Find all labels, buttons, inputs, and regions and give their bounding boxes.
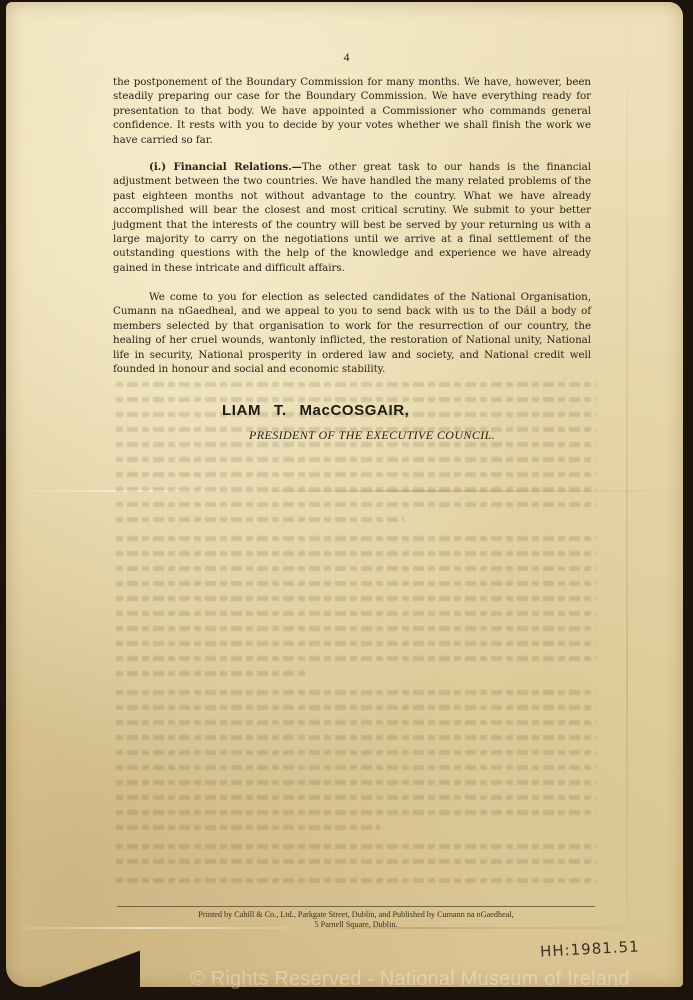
paragraph-financial-relations: (i.) Financial Relations.—The other grea… [113,160,591,275]
page-number: 4 [0,50,693,65]
paragraph-election-appeal: We come to you for election as selected … [113,290,591,376]
imprint-divider [117,906,595,907]
imprint-line-2: 5 Parnell Square, Dublin. [117,920,595,930]
paragraph-text: We come to you for election as selected … [113,290,591,376]
imprint-line-1: Printed by Cahill & Co., Ltd., Parkgate … [117,910,595,920]
paragraph-text: The other great task to our hands is the… [113,161,591,274]
fold-crease-vertical [626,2,628,987]
reverse-side-show-through [116,382,596,893]
paper-sheet [6,2,683,987]
paragraph-heading: (i.) Financial Relations.— [149,161,302,173]
paragraph-body: (i.) Financial Relations.—The other grea… [113,160,591,275]
torn-paper-corner [0,940,140,1000]
paragraph-boundary-commission: the postponement of the Boundary Commiss… [113,75,591,147]
copyright-watermark: © Rights Reserved - National Museum of I… [190,968,630,991]
printer-imprint: Printed by Cahill & Co., Ltd., Parkgate … [117,910,595,930]
signatory-title: PRESIDENT OF THE EXECUTIVE COUNCIL. [249,428,495,443]
paragraph-text: the postponement of the Boundary Commiss… [113,75,591,147]
signatory-name: LIAM T. MacCOSGAIR, [222,402,409,419]
scanned-document: 4 the postponement of the Boundary Commi… [0,0,693,1000]
